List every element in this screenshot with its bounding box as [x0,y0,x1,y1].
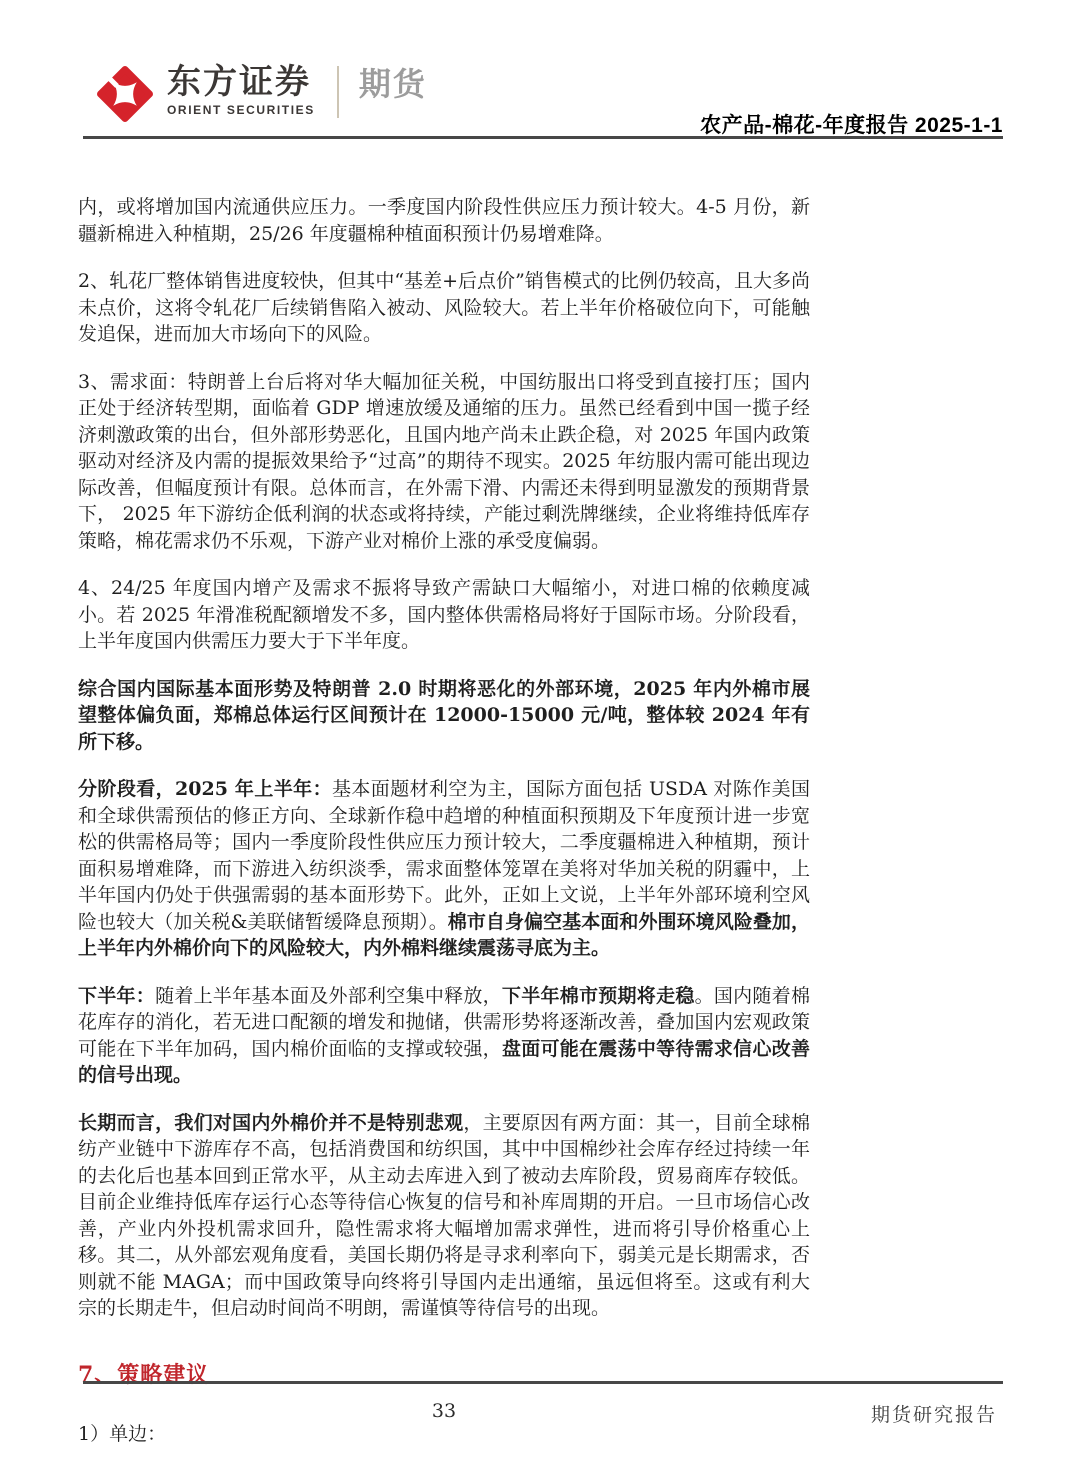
doc-title: 农产品-棉花-年度报告 2025-1-1 [700,109,1003,139]
brand-name-cn: 东方证券 [167,64,315,100]
paragraph-overall-outlook: 综合国内国际基本面形势及特朗普 2.0 时期将恶化的外部环境，2025 年内外棉… [78,676,810,756]
text-run: 2、轧花厂整体销售进度较快，但其中“基差+后点价”销售模式的比例仍较高，且大多尚… [78,270,810,345]
paragraph-long-term-view: 长期而言，我们对国内外棉价并不是特别悲观，主要原因有两方面：其一，目前全球棉纺产… [78,1110,810,1322]
page-number: 33 [78,1400,810,1422]
brand-name-en: ORIENT SECURITIES [167,103,315,117]
footer-label: 期货研究报告 [871,1400,997,1427]
text-run: 分阶段看，2025 年上半年： [78,778,332,800]
paragraph-point-2-ginners: 2、轧花厂整体销售进度较快，但其中“基差+后点价”销售模式的比例仍较高，且大多尚… [78,268,810,348]
paragraph-point-3-demand: 3、需求面：特朗普上台后将对华大幅加征关税，中国纺服出口将受到直接打压；国内正处… [78,369,810,555]
footer-rule [83,1381,1003,1384]
orient-securities-diamond-icon [97,66,153,122]
text-run: 4、24/25 年度国内增产及需求不振将导致产需缺口大幅缩小，对进口棉的依赖度减… [78,577,810,652]
report-paragraphs: 内，或将增加国内流通供应压力。一季度国内阶段性供应压力预计较大。4-5 月份，新… [78,194,810,1322]
brand-divider [337,66,339,118]
text-run: ，主要原因有两方面：其一，目前全球棉纺产业链中下游库存不高，包括消费国和纺织国，… [78,1112,810,1320]
paragraph-supply-pressure-continued: 内，或将增加国内流通供应压力。一季度国内阶段性供应压力预计较大。4-5 月份，新… [78,194,810,247]
paragraph-h1-2025-outlook: 分阶段看，2025 年上半年：基本面题材利空为主，国际方面包括 USDA 对陈作… [78,776,810,962]
header-rule [83,136,1003,139]
text-run: 内，或将增加国内流通供应压力。一季度国内阶段性供应压力预计较大。4-5 月份，新… [78,196,810,245]
orient-securities-logo: 东方证券 ORIENT SECURITIES 期货 [97,64,427,122]
text-run: 综合国内国际基本面形势及特朗普 2.0 时期将恶化的外部环境，2025 年内外棉… [78,678,810,753]
text-run: 下半年棉市预期将走稳 [502,985,695,1007]
text-run: 下半年： [78,985,155,1007]
text-run: 3、需求面：特朗普上台后将对华大幅加征关税，中国纺服出口将受到直接打压；国内正处… [78,371,810,552]
list-item-unilateral: 1）单边： [78,1421,810,1448]
text-run: 基本面题材利空为主，国际方面包括 USDA 对陈作美国和全球供需预估的修正方向、… [78,778,810,933]
paragraph-point-4-supply-demand-gap: 4、24/25 年度国内增产及需求不振将导致产需缺口大幅缩小，对进口棉的依赖度减… [78,575,810,655]
text-run: 随着上半年基本面及外部利空集中释放， [155,985,502,1007]
report-body: 内，或将增加国内流通供应压力。一季度国内阶段性供应压力预计较大。4-5 月份，新… [78,194,810,1447]
report-page: 东方证券 ORIENT SECURITIES 期货 农产品-棉花-年度报告 20… [0,0,1080,1465]
text-run: 长期而言，我们对国内外棉价并不是特别悲观 [78,1112,463,1134]
brand-division-label: 期货 [359,66,427,102]
brand-text-block: 东方证券 ORIENT SECURITIES [167,64,315,117]
paragraph-h2-2025-outlook: 下半年：随着上半年基本面及外部利空集中释放，下半年棉市预期将走稳。国内随着棉花库… [78,983,810,1089]
